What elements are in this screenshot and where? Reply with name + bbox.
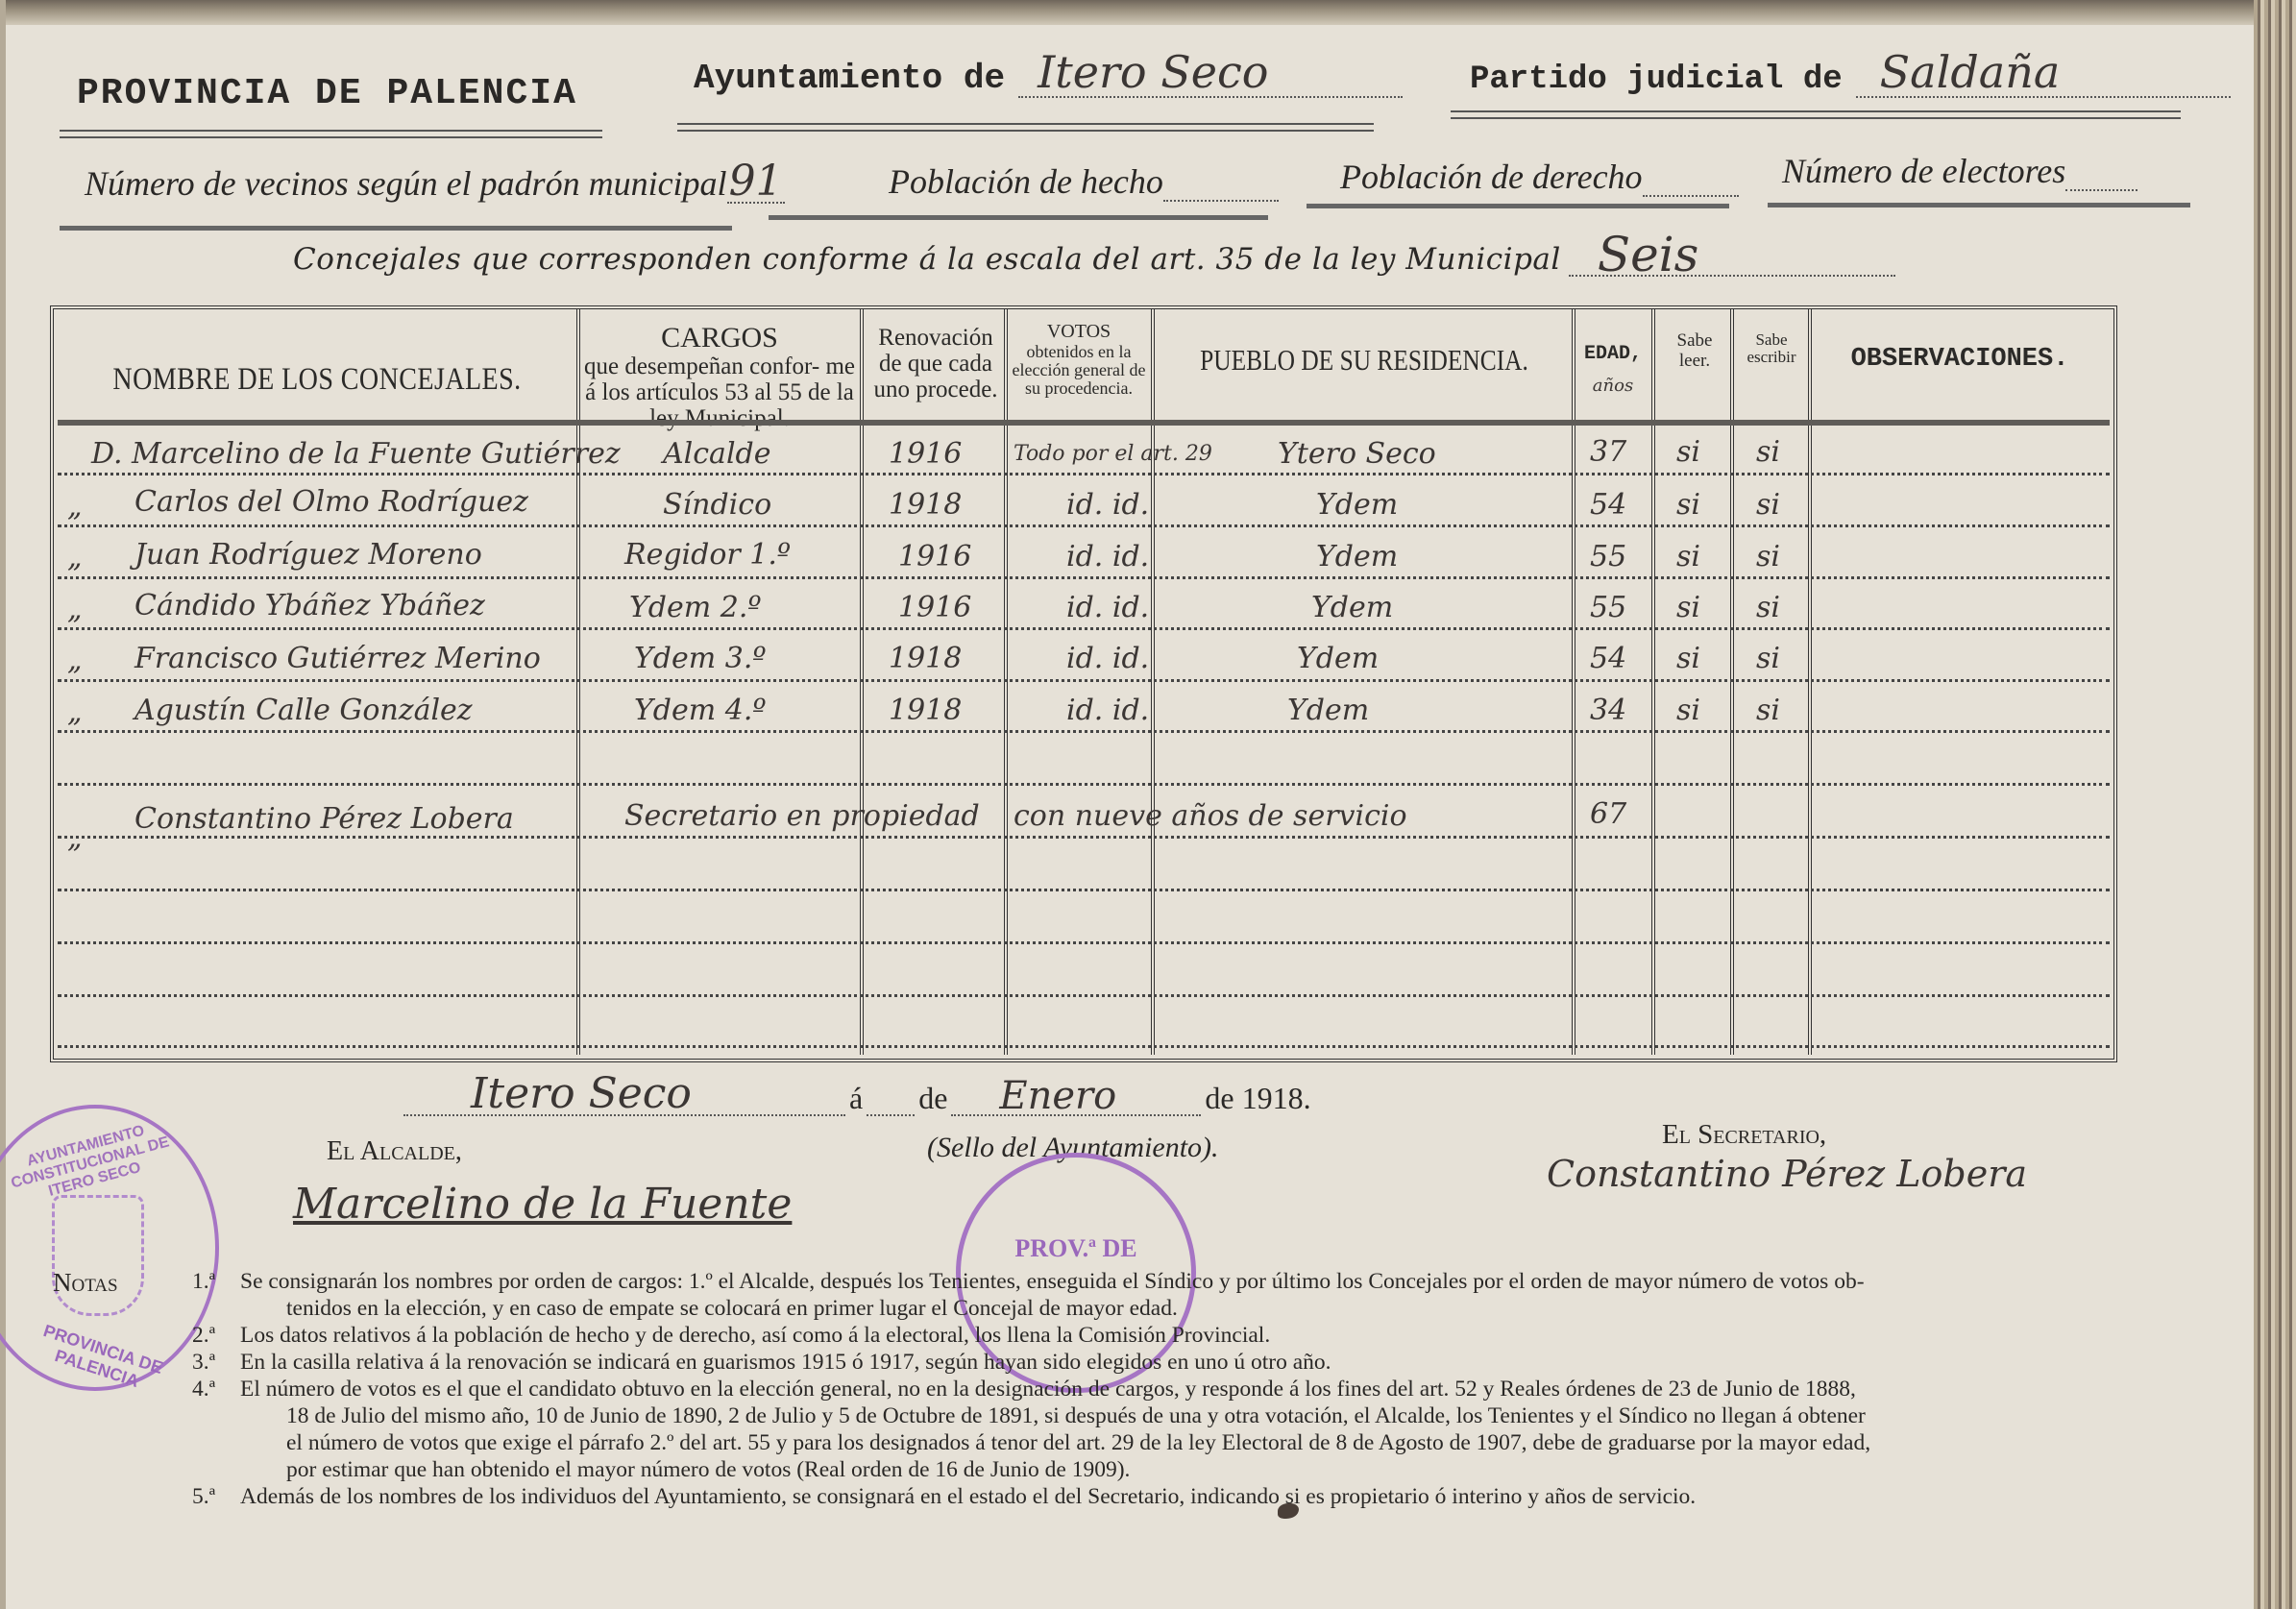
cell-leer: si (1676, 694, 1700, 727)
document-page: PROVINCIA DE PALENCIA Ayuntamiento de It… (0, 0, 2296, 1609)
vecinos-value: 91 (729, 157, 783, 206)
header-edad-sub: años (1575, 377, 1650, 395)
cell-cargo: Síndico (663, 488, 771, 522)
cell-nombre: Cándido Ybáñez Ybáñez (134, 589, 485, 622)
concejales-field: Concejales que corresponden conforme á l… (293, 242, 1895, 277)
ditto-mark: „ (67, 541, 83, 574)
row-line (58, 783, 2110, 786)
row-line (58, 730, 2110, 733)
province-rule (60, 130, 602, 138)
electores-value (2065, 164, 2137, 191)
cell-renovacion: 1918 (889, 694, 962, 727)
concejales-value: Seis (1598, 227, 1699, 282)
date-year-label: de 1918. (1205, 1081, 1310, 1116)
book-page-stack (2254, 0, 2296, 1609)
ditto-mark: „ (67, 490, 83, 524)
header-edad: EDAD, años (1575, 344, 1650, 395)
note-item: 3.ª En la casilla relativa á la renovaci… (86, 1349, 2142, 1376)
cell-cargo: Ydem 4.º (634, 694, 766, 727)
poblacion-derecho-value (1643, 170, 1739, 197)
note-item: 1.ª Se consignarán los nombres por orden… (86, 1268, 2142, 1322)
cell-renovacion: 1916 (898, 540, 971, 573)
cell-nombre: Carlos del Olmo Rodríguez (134, 485, 528, 519)
cell-renovacion: 1918 (889, 488, 962, 522)
cell-cargo: Ydem 3.º (634, 642, 766, 675)
header-cargos: CARGOS que desempeñan confor- me á los a… (580, 323, 859, 431)
cell-edad: 55 (1590, 591, 1626, 624)
cell-edad: 67 (1590, 797, 1626, 831)
partido-rule (1451, 110, 2181, 119)
note-number: 5.ª (192, 1483, 215, 1510)
ditto-mark: „ (67, 593, 83, 626)
partido-label: Partido judicial de (1470, 61, 1843, 98)
date-de-label: de (918, 1081, 947, 1116)
poblacion-derecho-field: Población de derecho (1340, 157, 1739, 197)
electores-field: Número de electores (1782, 151, 2137, 191)
cell-pueblo: Ydem (1316, 540, 1398, 573)
poblacion-hecho-value (1163, 175, 1279, 202)
row-line (58, 576, 2110, 579)
ditto-mark: „ (67, 695, 83, 729)
cell-votos: id. id. (1066, 540, 1149, 573)
date-place: Itero Seco (471, 1069, 692, 1118)
cell-cargo: Regidor 1.º (624, 538, 791, 572)
vecinos-label: Número de vecinos según el padrón munici… (85, 163, 727, 204)
cell-edad: 34 (1590, 694, 1626, 727)
cell-edad: 54 (1590, 642, 1626, 675)
ditto-mark: „ (67, 821, 83, 855)
poblacion-derecho-label: Población de derecho (1340, 157, 1643, 197)
cell-pueblo: Ydem (1316, 488, 1398, 522)
alcalde-signature: Marcelino de la Fuente (293, 1180, 792, 1229)
row-line (58, 627, 2110, 630)
cell-escribir: si (1756, 435, 1780, 469)
concejales-label: Concejales que corresponden conforme á l… (293, 242, 1561, 277)
cell-pueblo: Ydem (1311, 591, 1393, 624)
note-number: 3.ª (192, 1349, 215, 1376)
cell-nombre: D. Marcelino de la Fuente Gutiérrez (91, 437, 621, 471)
ayuntamiento-label: Ayuntamiento de (694, 59, 1005, 98)
ditto-mark: „ (67, 644, 83, 677)
note-item: 2.ª Los datos relativos á la población d… (86, 1322, 2142, 1349)
secretario-signature: Constantino Pérez Lobera (1547, 1153, 2027, 1195)
secretario-label: El Secretario, (1662, 1119, 1826, 1151)
poblacion-hecho-field: Población de hecho (889, 161, 1279, 202)
row-line (58, 994, 2110, 997)
vecinos-field: Número de vecinos según el padrón munici… (85, 163, 785, 204)
header-votos: VOTOS obtenidos en la elección general d… (1009, 322, 1149, 399)
ayuntamiento-rule (677, 123, 1374, 132)
header-leer: Sabe leer. (1660, 331, 1729, 371)
cell-renovacion: 1918 (889, 642, 962, 675)
cell-nombre: Agustín Calle González (134, 694, 473, 727)
row-line (58, 679, 2110, 682)
electores-label: Número de electores (1782, 151, 2065, 191)
cell-escribir: si (1756, 642, 1780, 675)
note-number: 1.ª (192, 1268, 215, 1295)
header-pueblo: PUEBLO DE SU RESIDENCIA. (1195, 344, 1534, 376)
poblacion-derecho-rule (1307, 204, 1729, 208)
cell-leer: si (1676, 435, 1700, 469)
cell-votos: id. id. (1066, 694, 1149, 727)
cell-pueblo: Ytero Seco (1278, 437, 1436, 471)
row-line (58, 473, 2110, 475)
cell-leer: si (1676, 591, 1700, 624)
alcalde-label: El Alcalde, (327, 1136, 462, 1167)
cell-votos: id. id. (1066, 591, 1149, 624)
cell-edad: 37 (1590, 435, 1626, 469)
cell-pueblo: Ydem (1287, 694, 1369, 727)
date-month: Enero (999, 1074, 1116, 1118)
header-votos-title: VOTOS (1009, 322, 1149, 343)
note-number: 2.ª (192, 1322, 215, 1349)
cell-escribir: si (1756, 488, 1780, 522)
header-votos-sub: obtenidos en la elección general de su p… (1009, 343, 1149, 399)
date-a-label: á (849, 1081, 863, 1116)
ayuntamiento-value: Itero Seco (1038, 46, 1268, 98)
cell-renovacion: 1916 (889, 437, 962, 471)
electores-rule (1768, 203, 2190, 207)
ink-blot (1278, 1503, 1299, 1519)
cell-escribir: si (1756, 540, 1780, 573)
cell-nombre: Constantino Pérez Lobera (134, 802, 514, 836)
cell-leer: si (1676, 488, 1700, 522)
province-title: PROVINCIA DE PALENCIA (77, 73, 577, 114)
note-item: 4.ª El número de votos es el que el cand… (86, 1376, 2142, 1483)
row-line (58, 836, 2110, 839)
header-renovacion: Renovación de que cada uno procede. (869, 325, 1002, 402)
note-item: 5.ª Además de los nombres de los individ… (86, 1483, 2142, 1510)
partido-value: Saldaña (1880, 46, 2061, 98)
cell-pueblo: Ydem (1297, 642, 1379, 675)
vecinos-rule (60, 226, 732, 231)
cell-votos: Todo por el art. 29 (1014, 442, 1212, 466)
cell-edad: 55 (1590, 540, 1626, 573)
provincial-stamp-text: PROV.ª DE (999, 1234, 1153, 1263)
header-escribir: Sabe escribir (1735, 331, 1808, 367)
row-line (58, 1045, 2110, 1048)
cell-leer: si (1676, 642, 1700, 675)
cell-nombre: Francisco Gutiérrez Merino (134, 642, 541, 675)
cell-cargo: Alcalde (663, 437, 771, 471)
row-line (58, 889, 2110, 891)
note-number: 4.ª (192, 1376, 215, 1402)
ayuntamiento-field: Ayuntamiento de Itero Seco (694, 58, 1403, 98)
row-line (58, 524, 2110, 527)
cell-cargo: Ydem 2.º (629, 591, 761, 624)
cell-leer: si (1676, 540, 1700, 573)
header-observaciones: OBSERVACIONES. (1816, 346, 2104, 374)
date-line: Itero Seco á de Enero de 1918. (403, 1076, 1311, 1116)
cell-escribir: si (1756, 591, 1780, 624)
header-edad-title: EDAD, (1575, 344, 1650, 365)
poblacion-hecho-rule (769, 215, 1268, 220)
row-line (58, 941, 2110, 944)
cell-cargo: Secretario en propiedad (624, 799, 980, 833)
cell-renovacion: 1916 (898, 591, 971, 624)
book-left-edge (0, 0, 6, 1609)
header-cargos-title: CARGOS (580, 323, 859, 353)
cell-votos: con nueve años de servicio (1014, 799, 1407, 833)
partido-field: Partido judicial de Saldaña (1470, 58, 2231, 98)
cell-votos: id. id. (1066, 642, 1149, 675)
book-top-edge (0, 0, 2296, 25)
cell-nombre: Juan Rodríguez Moreno (134, 538, 482, 572)
notes-section: 1.ª Se consignarán los nombres por orden… (86, 1268, 2142, 1510)
cell-escribir: si (1756, 694, 1780, 727)
header-bottom-rule (58, 420, 2110, 426)
cell-edad: 54 (1590, 488, 1626, 522)
poblacion-hecho-label: Población de hecho (889, 161, 1163, 202)
header-nombre: NOMBRE DE LOS CONCEJALES. (97, 363, 538, 398)
cell-votos: id. id. (1066, 488, 1149, 522)
